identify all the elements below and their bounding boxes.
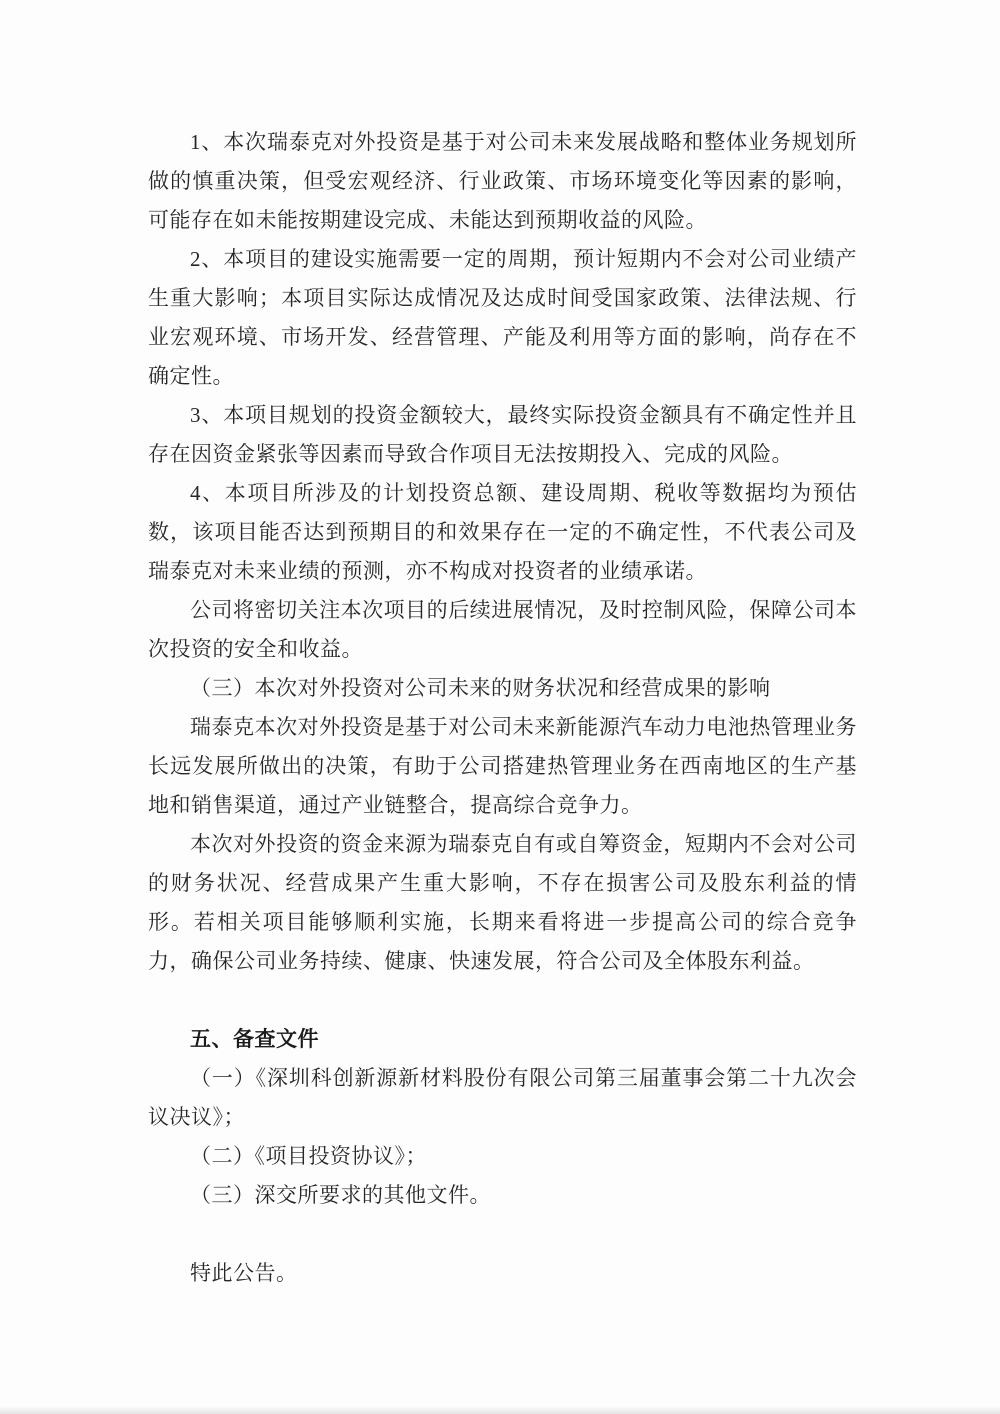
reference-item-3: （三）深交所要求的其他文件。 (148, 1176, 857, 1215)
document-page: 1、本次瑞泰克对外投资是基于对公司未来发展战略和整体业务规划所做的慎重决策，但受… (0, 0, 1000, 1414)
blank-line (148, 981, 857, 1020)
closing-paragraph: 特此公告。 (148, 1254, 857, 1293)
risk-item-1: 1、本次瑞泰克对外投资是基于对公司未来发展战略和整体业务规划所做的慎重决策，但受… (148, 123, 857, 240)
blank-line (148, 1215, 857, 1254)
impact-subheading: （三）本次对外投资对公司未来的财务状况和经营成果的影响 (148, 669, 857, 708)
reference-section-heading: 五、备查文件 (148, 1020, 857, 1059)
document-content: 1、本次瑞泰克对外投资是基于对公司未来发展战略和整体业务规划所做的慎重决策，但受… (148, 123, 857, 1293)
impact-paragraph-2: 本次对外投资的资金来源为瑞泰克自有或自筹资金，短期内不会对公司的财务状况、经营成… (148, 825, 857, 981)
risk-item-4: 4、本项目所涉及的计划投资总额、建设周期、税收等数据均为预估数，该项目能否达到预… (148, 474, 857, 591)
risk-followup-paragraph: 公司将密切关注本次项目的后续进展情况，及时控制风险，保障公司本次投资的安全和收益… (148, 591, 857, 669)
impact-paragraph-1: 瑞泰克本次对外投资是基于对公司未来新能源汽车动力电池热管理业务长远发展所做出的决… (148, 708, 857, 825)
reference-item-2: （二）《项目投资协议》； (148, 1137, 857, 1176)
risk-item-3: 3、本项目规划的投资金额较大，最终实际投资金额具有不确定性并且存在因资金紧张等因… (148, 396, 857, 474)
risk-item-2: 2、本项目的建设实施需要一定的周期，预计短期内不会对公司业绩产生重大影响；本项目… (148, 240, 857, 396)
reference-item-1: （一）《深圳科创新源新材料股份有限公司第三届董事会第二十九次会议决议》； (148, 1059, 857, 1137)
